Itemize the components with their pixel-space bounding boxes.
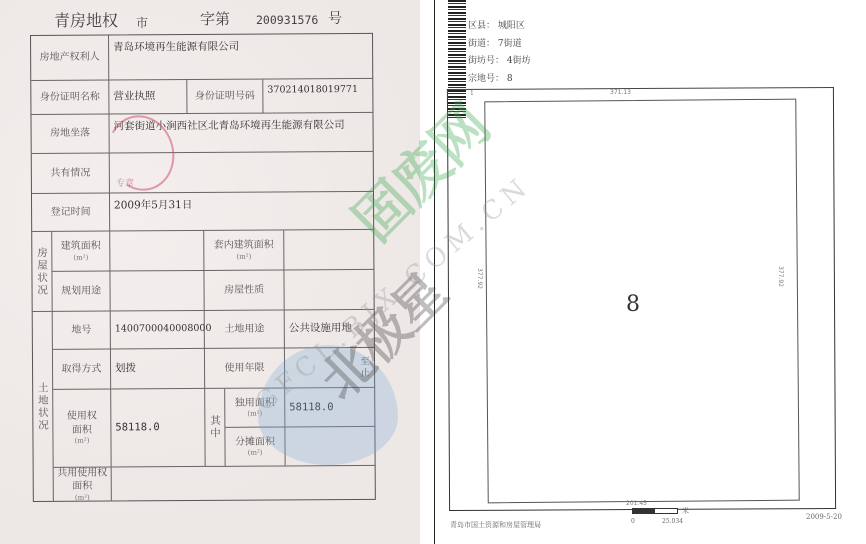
parcel-number: 8	[626, 292, 640, 317]
cert-middle: 字第	[200, 8, 230, 29]
inner-area-value	[284, 230, 374, 271]
acquire-value: 划拨	[111, 349, 205, 390]
meta-street: 街道： 7街道	[468, 36, 531, 54]
dim-right: 377.92	[777, 266, 784, 287]
certificate-header: 青房地权 市 字第 200931576 号	[0, 8, 400, 32]
map-date: 2009-5-20	[806, 513, 842, 521]
building-area-text: 建筑面积	[61, 240, 101, 254]
register-date-label: 登记时间	[32, 194, 110, 232]
meta-block: 街坊号： 4街坊	[468, 53, 531, 71]
inner-area-text: 套内建筑面积	[214, 239, 274, 253]
inner-area-unit: (m²)	[236, 252, 251, 262]
building-area-unit: (m²)	[73, 253, 88, 263]
use-area-text: 使用权面积	[64, 410, 100, 437]
map-meta: 区县： 城阳区 街道： 7街道 街坊号： 4街坊 宗地号： 8	[468, 18, 531, 88]
building-area-value	[110, 231, 204, 272]
planned-use-label: 规划用途	[52, 272, 110, 312]
location-label: 房地坐落	[31, 115, 109, 154]
dim-left: 377.92	[476, 268, 483, 289]
id-name-label: 身份证明名称	[31, 81, 109, 115]
cert-prefix: 青房地权	[54, 8, 118, 31]
id-number-value: 370214018019771	[263, 79, 373, 114]
dim-bottom: 201.45	[626, 500, 647, 507]
acquire-label: 取得方式	[53, 350, 111, 390]
common-area-text: 共用使用权面积	[56, 466, 108, 493]
of-which-label: 其中	[205, 389, 225, 467]
scale-unit: 米	[682, 506, 689, 516]
planned-use-value	[110, 271, 204, 312]
seal-text: 专章	[116, 176, 134, 189]
owner-label: 房地产权利人	[31, 36, 109, 81]
parcel-boundary	[484, 99, 799, 504]
cert-city: 市	[136, 14, 148, 31]
use-area-label: 使用权面积 (m²)	[53, 390, 111, 468]
cert-number: 200931576	[256, 13, 318, 27]
inner-area-label: 套内建筑面积 (m²)	[204, 230, 284, 270]
scale-bar	[632, 508, 678, 514]
use-area-value: 58118.0	[111, 389, 205, 468]
land-use-label: 土地用途	[205, 310, 285, 348]
land-section-label: 土地状况	[33, 312, 54, 502]
scale-end: 25.034	[662, 518, 683, 525]
use-area-unit: (m²)	[75, 437, 90, 447]
building-area-label: 建筑面积 (m²)	[52, 232, 110, 272]
meta-parcel: 宗地号： 8	[468, 71, 531, 89]
cadastral-map-page: 区县： 城阳区 街道： 7街道 街坊号： 4街坊 宗地号： 8 1 371.13…	[430, 0, 866, 544]
house-nature-label: 房屋性质	[204, 270, 284, 310]
cert-suffix: 号	[328, 8, 342, 28]
issuer: 青岛市国土资源和房屋管理局	[450, 520, 541, 530]
id-number-label: 身份证明号码	[187, 80, 263, 114]
corner-label: 1	[470, 90, 474, 97]
shared-area-unit: (m²)	[248, 449, 263, 459]
common-area-label: 共用使用权面积 (m²)	[54, 468, 112, 502]
co-ownership-label: 共有情况	[32, 154, 110, 194]
common-area-unit: (m²)	[75, 493, 90, 503]
scale-start: 0	[631, 518, 635, 525]
id-name-value: 营业执照	[109, 80, 187, 114]
certificate-page: 青房地权 市 字第 200931576 号 房地产权利人 青岛环境再生能源有限公…	[0, 0, 420, 544]
dim-top: 371.13	[610, 89, 631, 96]
meta-district: 区县： 城阳区	[468, 18, 531, 36]
common-area-value	[112, 466, 376, 502]
house-section-label: 房屋状况	[32, 232, 52, 312]
parcel-no-value: 1400700040008000	[111, 311, 205, 350]
owner-value: 青岛环境再生能源有限公司	[109, 34, 373, 81]
parcel-no-label: 地号	[53, 312, 111, 350]
